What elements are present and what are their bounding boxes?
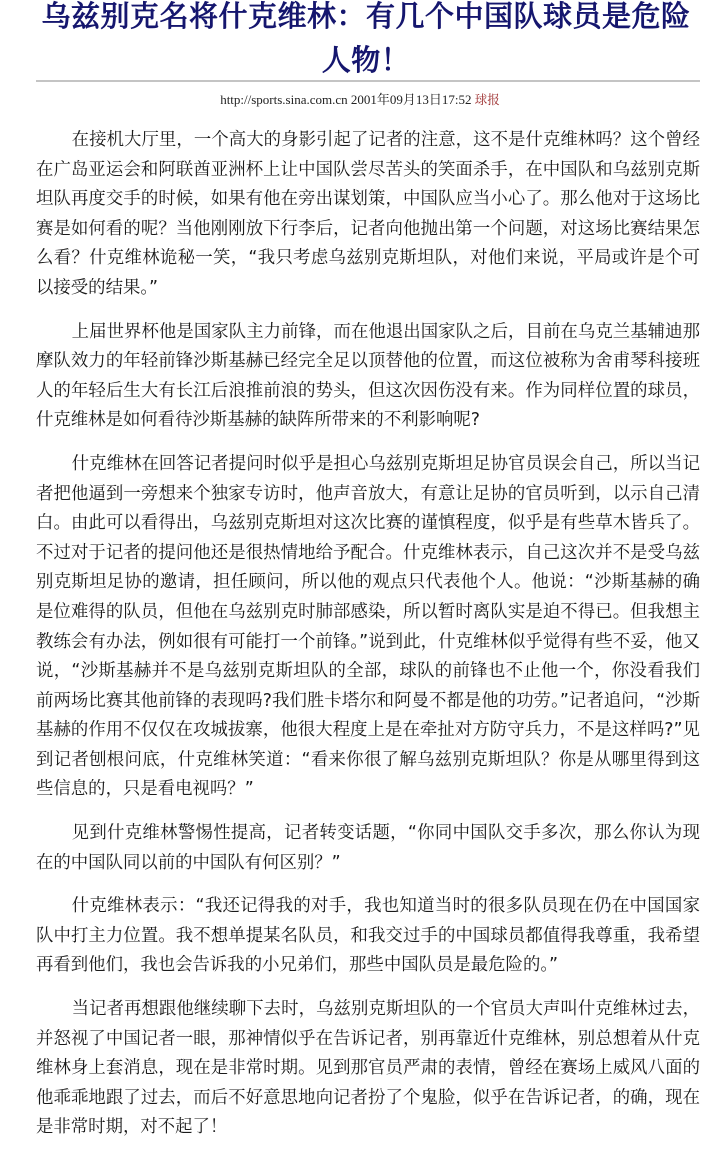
meta-url: http://sports.sina.com.cn: [220, 92, 347, 107]
paragraph: 见到什克维林警惕性提高，记者转变话题，“你同中国队交手多次，那么你认为现在的中国…: [36, 819, 700, 878]
paragraph: 什克维林在回答记者提问时似乎是担心乌兹别克斯坦足协官员误会自己，所以当记者把他逼…: [36, 450, 700, 805]
paragraph: 什克维林表示：“我还记得我的对手，我也知道当时的很多队员现在仍在中国国家队中打主…: [36, 892, 700, 981]
article-title: 乌兹别克名将什克维林：有几个中国队球员是危险人物！: [30, 0, 702, 82]
source-link[interactable]: 球报: [475, 92, 500, 107]
meta-datetime: 2001年09月13日17:52: [351, 92, 472, 107]
paragraph: 在接机大厅里，一个高大的身影引起了记者的注意，这不是什克维林吗？这个曾经在广岛亚…: [36, 126, 700, 304]
paragraph: 当记者再想跟他继续聊下去时，乌兹别克斯坦队的一个官员大声叫什克维林过去，并怒视了…: [36, 995, 700, 1143]
paragraph: 上届世界杯他是国家队主力前锋，而在他退出国家队之后，目前在乌克兰基辅迪那摩队效力…: [36, 318, 700, 436]
title-divider: [36, 80, 700, 82]
article-body: 在接机大厅里，一个高大的身影引起了记者的注意，这不是什克维林吗？这个曾经在广岛亚…: [36, 126, 700, 1157]
article-meta: http://sports.sina.com.cn 2001年09月13日17:…: [0, 91, 720, 109]
